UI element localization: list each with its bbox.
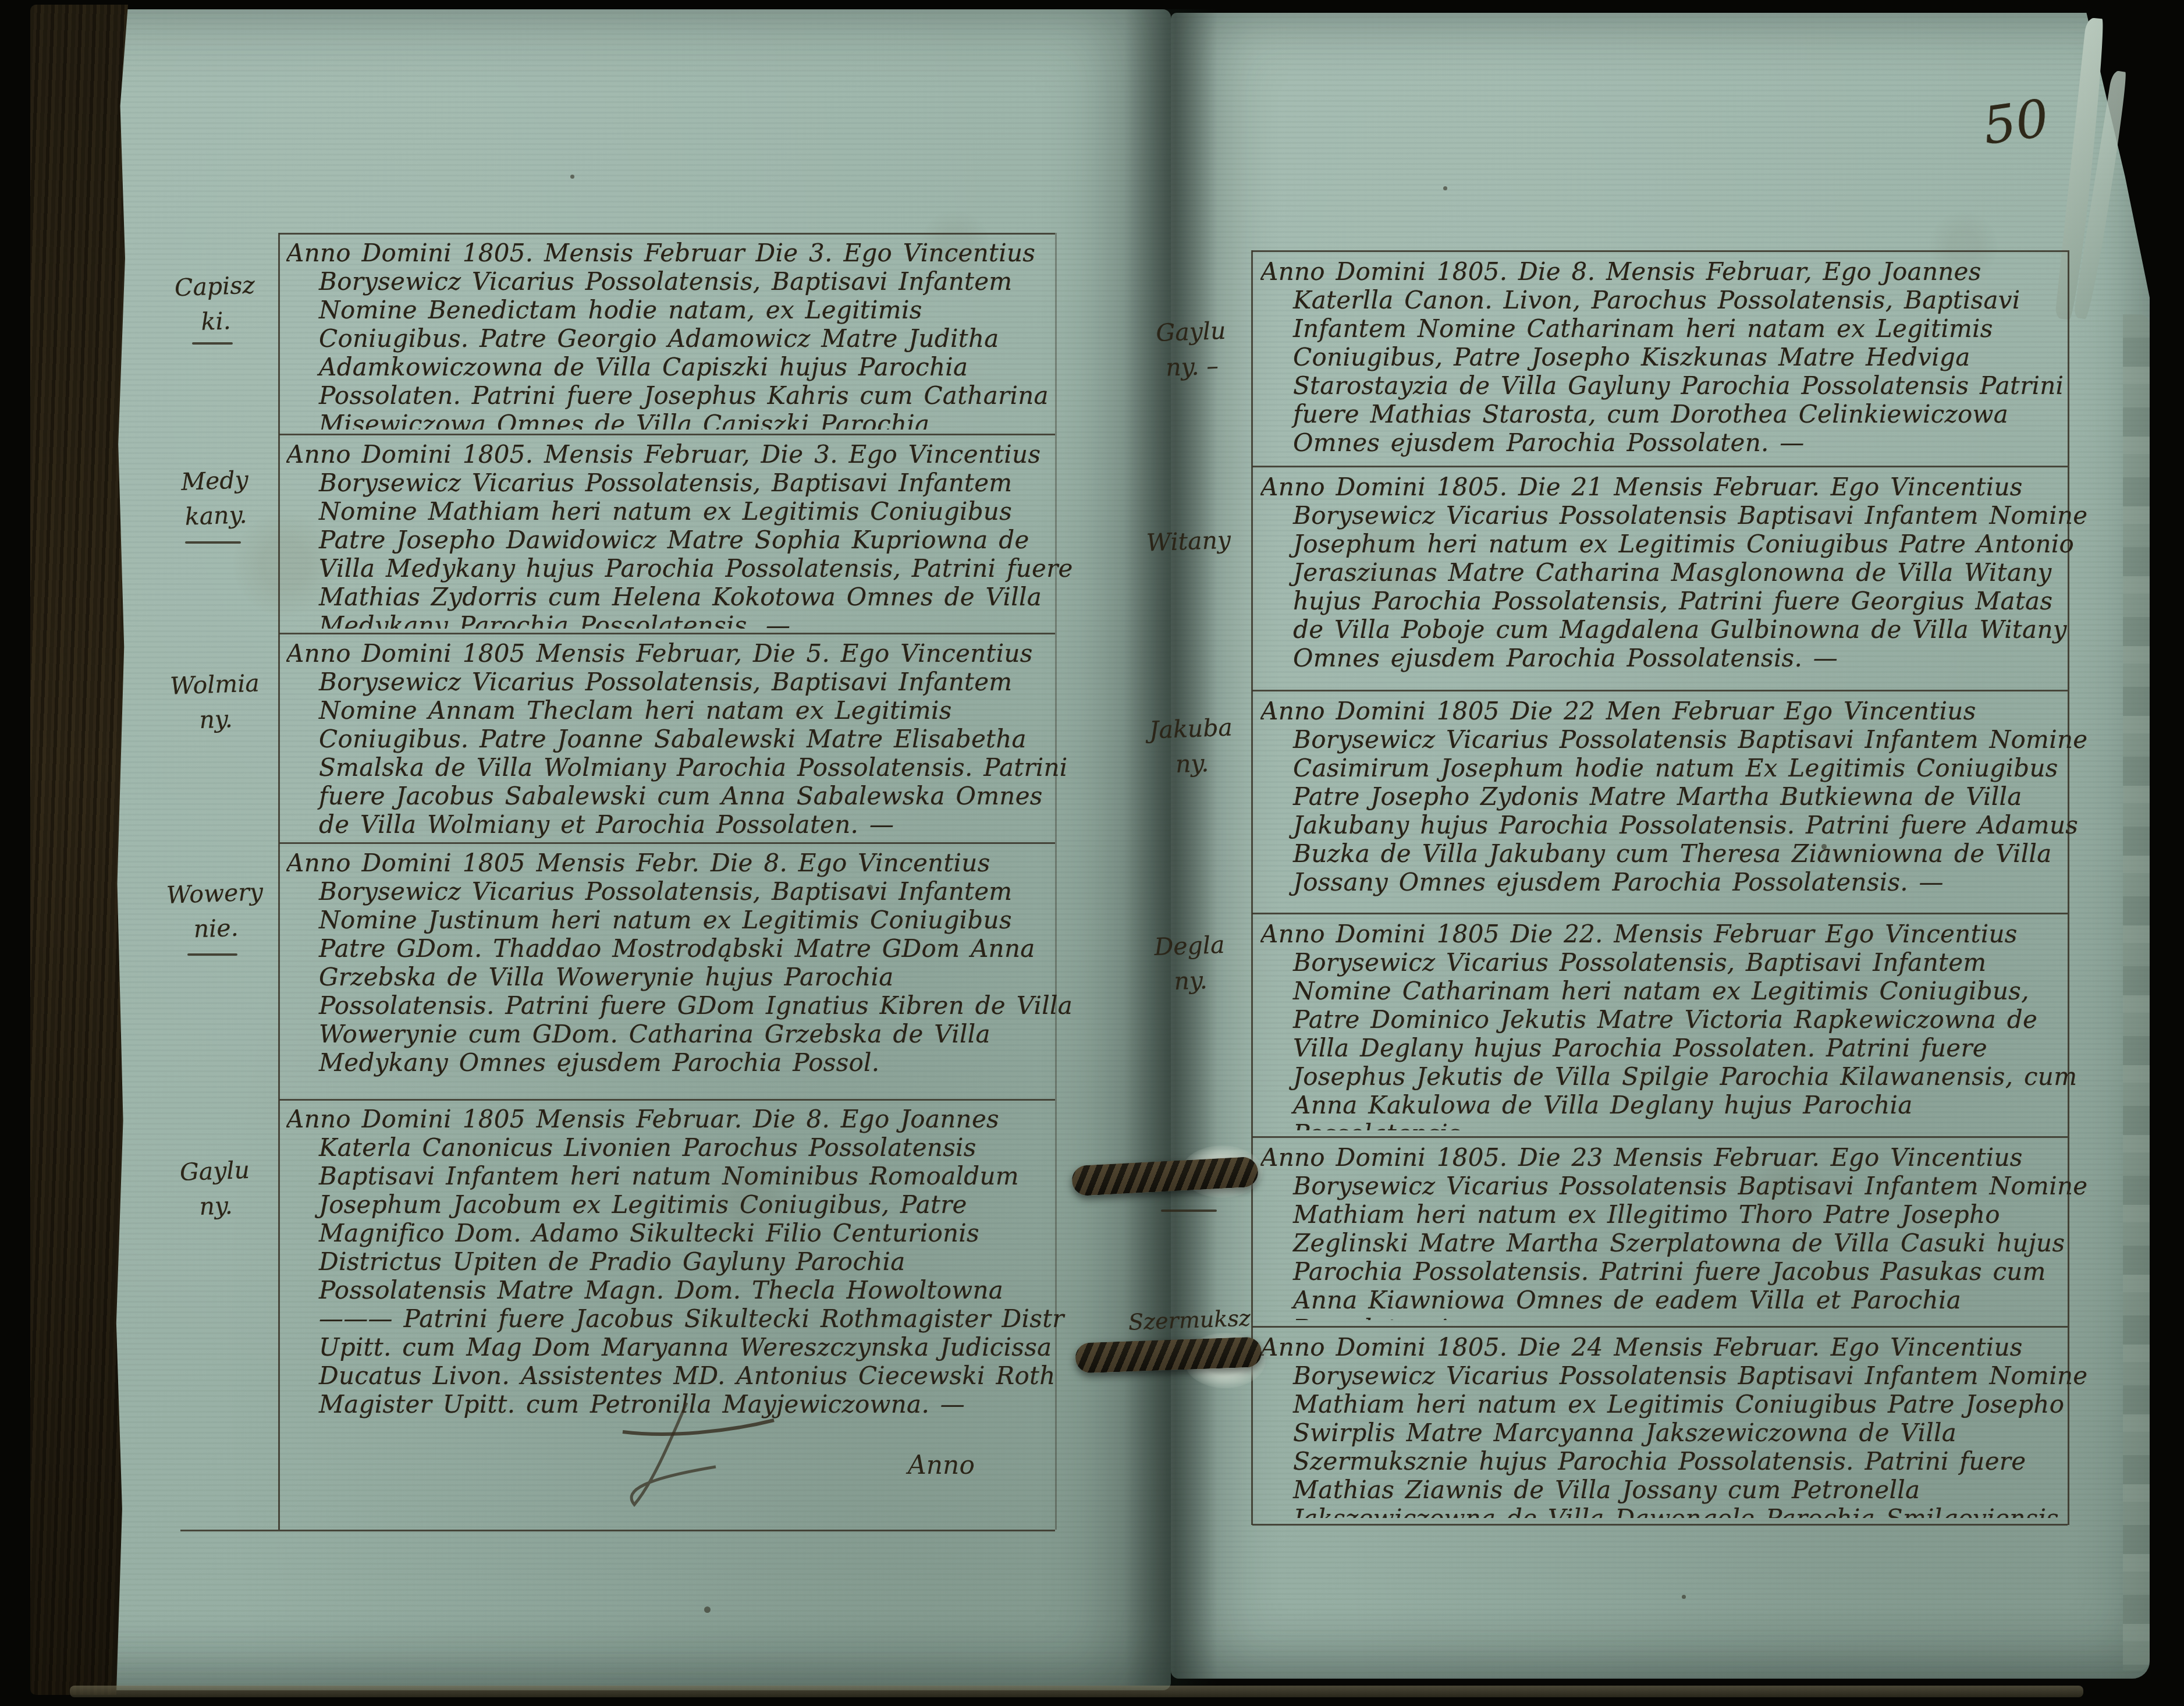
left-table-top-rule bbox=[279, 233, 1055, 235]
right-table-row-rule bbox=[1252, 1136, 2068, 1138]
left-table-row-rule bbox=[279, 434, 1055, 435]
right-page-edge-stack bbox=[2123, 314, 2150, 1670]
foxing-speck bbox=[867, 885, 873, 891]
left-table-row-rule bbox=[279, 842, 1055, 844]
left-table-row-rule bbox=[279, 633, 1055, 634]
label-underline bbox=[187, 953, 237, 956]
gutter-shadow bbox=[1124, 9, 1217, 1686]
left-table-bottom-rule bbox=[180, 1530, 1055, 1531]
foxing-speck bbox=[1821, 844, 1827, 849]
bottom-page-edges bbox=[70, 1686, 2083, 1697]
pen-flourish bbox=[599, 1397, 797, 1513]
right-table-row-rule bbox=[1252, 913, 2068, 914]
right-table-bottom-rule bbox=[1252, 1524, 2068, 1526]
page-number: 50 bbox=[1979, 88, 2052, 157]
page-edge-stack bbox=[30, 5, 128, 1695]
foxing-speck bbox=[1443, 186, 1447, 190]
margin-place-label: Wowery nie. bbox=[147, 874, 283, 948]
right-table-row-rule bbox=[1252, 466, 2068, 467]
scanned-parish-register-spread: 50 Capisz ki. Medy kany. Wolmia ny. Wowe… bbox=[0, 0, 2184, 1706]
foxing-speck bbox=[704, 1606, 711, 1613]
baptism-entry-text: Anno Domini 1805. Mensis Februar, Die 3.… bbox=[286, 440, 1079, 629]
baptism-entry-text: Anno Domini 1805. Die 24 Mensis Februar.… bbox=[1260, 1333, 2090, 1518]
baptism-entry-text: Anno Domini 1805. Die 8. Mensis Februar,… bbox=[1260, 257, 2090, 460]
margin-place-label: Witany bbox=[1128, 522, 1249, 561]
margin-place-label: Wolmia ny. bbox=[147, 665, 283, 739]
margin-place-label: Gaylu ny. bbox=[153, 1151, 278, 1225]
margin-place-label: Capisz ki. bbox=[153, 267, 278, 341]
foxing-speck bbox=[570, 175, 574, 179]
baptism-entry-text: Anno Domini 1805 Die 22 Men Februar Ego … bbox=[1260, 697, 2090, 906]
margin-place-label: Degla ny. bbox=[1131, 927, 1249, 1001]
label-underline bbox=[1161, 1210, 1217, 1212]
foxing-speck bbox=[372, 1036, 377, 1040]
right-table-top-rule bbox=[1252, 250, 2068, 252]
label-underline bbox=[185, 541, 241, 544]
baptism-entry-text: Anno Domini 1805. Die 21 Mensis Februar.… bbox=[1260, 473, 2090, 684]
baptism-entry-text: Anno Domini 1805. Mensis Februar Die 3. … bbox=[286, 239, 1079, 430]
margin-place-label: Jakuba ny. bbox=[1134, 710, 1249, 783]
margin-place-label: Medy kany. bbox=[153, 461, 278, 535]
right-table-row-rule bbox=[1252, 690, 2068, 691]
left-table-row-rule bbox=[279, 1099, 1055, 1101]
foxing-speck bbox=[1682, 1595, 1686, 1599]
catchword: Anno bbox=[908, 1450, 975, 1480]
label-underline bbox=[192, 342, 233, 345]
right-table-row-rule bbox=[1252, 1326, 2068, 1328]
baptism-entry-text: Anno Domini 1805 Mensis Febr. Die 8. Ego… bbox=[286, 849, 1079, 1095]
margin-place-label: Gaylu ny. – bbox=[1134, 313, 1249, 386]
baptism-entry-text: Anno Domini 1805 Mensis Februar, Die 5. … bbox=[286, 639, 1079, 838]
baptism-entry-text: Anno Domini 1805 Die 22. Mensis Februar … bbox=[1260, 920, 2090, 1130]
baptism-entry-text: Anno Domini 1805. Die 23 Mensis Februar.… bbox=[1260, 1143, 2090, 1320]
